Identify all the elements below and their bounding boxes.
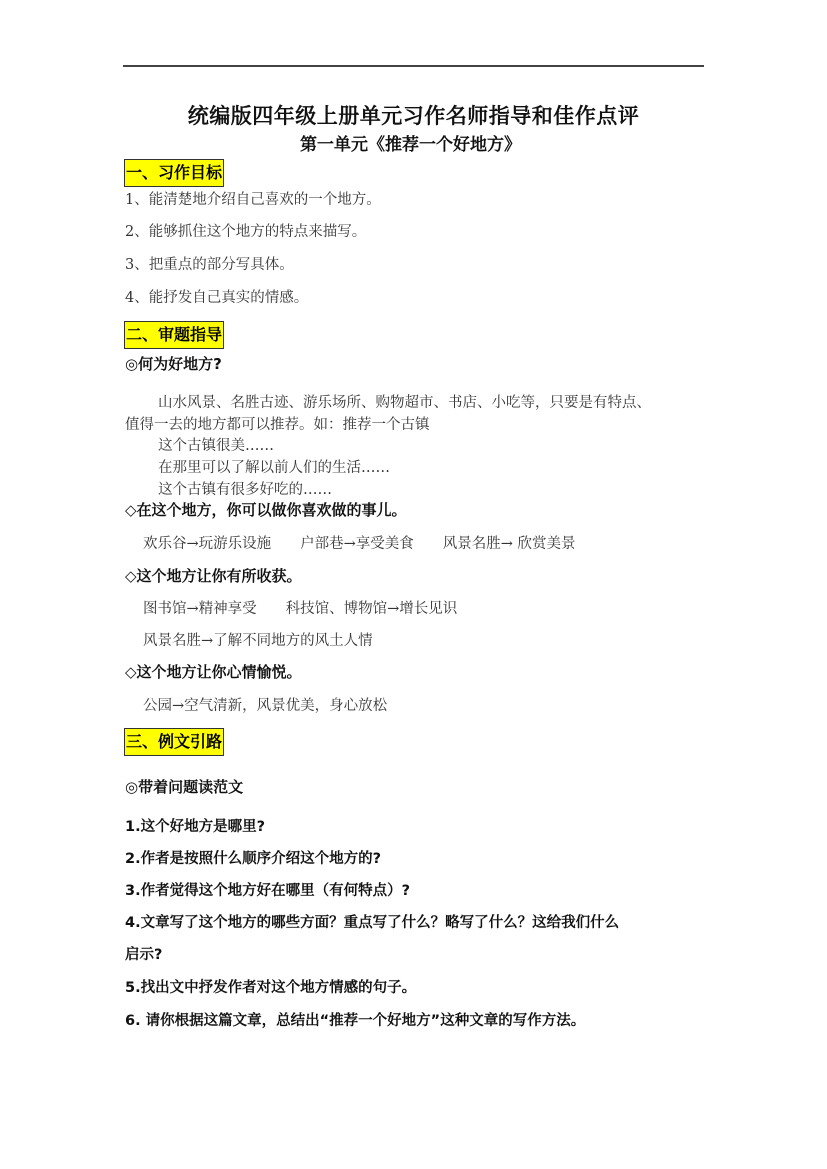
question-item: 1.这个好地方是哪里? [125, 815, 265, 836]
subheading-read-with-questions: ◎带着问题读范文 [125, 776, 243, 797]
question-item: 启示? [125, 943, 162, 964]
paragraph-line: 值得一去的地方都可以推荐。如：推荐一个古镇 [125, 413, 430, 434]
goal-item: 2、能够抓住这个地方的特点来描写。 [125, 220, 366, 241]
goal-item: 4、能抒发自己真实的情感。 [125, 286, 308, 307]
document-title: 统编版四年级上册单元习作名师指导和佳作点评 [0, 100, 827, 130]
example-line: 这个古镇很美…… [158, 434, 274, 455]
subheading-what-is-good-place: ◎何为好地方? [125, 353, 222, 374]
point-line: 欢乐谷→玩游乐设施 户部巷→享受美食 风景名胜→ 欣赏美景 [143, 532, 576, 553]
point-heading: ◇在这个地方，你可以做你喜欢做的事儿。 [125, 499, 407, 520]
goal-item: 1、能清楚地介绍自己喜欢的一个地方。 [125, 188, 381, 209]
section-heading-example: 三、例文引路 [124, 728, 224, 756]
question-item: 6. 请你根据这篇文章，总结出“推荐一个好地方”这种文章的写作方法。 [125, 1009, 585, 1030]
question-item: 5.找出文中抒发作者对这个地方情感的句子。 [125, 976, 416, 997]
question-item: 4.文章写了这个地方的哪些方面？重点写了什么？略写了什么？这给我们什么 [125, 911, 619, 932]
example-line: 这个古镇有很多好吃的…… [158, 478, 332, 499]
point-line: 图书馆→精神享受 科技馆、博物馆→增长见识 [143, 597, 457, 618]
paragraph-line: 山水风景、名胜古迹、游乐场所、购物超市、书店、小吃等，只要是有特点、 [158, 391, 651, 412]
point-line: 公园→空气清新，风景优美，身心放松 [143, 694, 387, 715]
point-heading: ◇这个地方让你有所收获。 [125, 565, 302, 586]
question-item: 2.作者是按照什么顺序介绍这个地方的? [125, 847, 381, 868]
section-heading-goals: 一、习作目标 [124, 159, 224, 187]
goal-item: 3、把重点的部分写具体。 [125, 253, 294, 274]
document-subtitle: 第一单元《推荐一个好地方》 [300, 130, 521, 155]
point-heading: ◇这个地方让你心情愉悦。 [125, 661, 302, 682]
point-line: 风景名胜→了解不同地方的风土人情 [143, 629, 373, 650]
example-line: 在那里可以了解以前人们的生活…… [158, 456, 390, 477]
header-rule [123, 65, 704, 67]
section-heading-guidance: 二、审题指导 [124, 321, 224, 349]
question-item: 3.作者觉得这个地方好在哪里（有何特点）? [125, 879, 410, 900]
